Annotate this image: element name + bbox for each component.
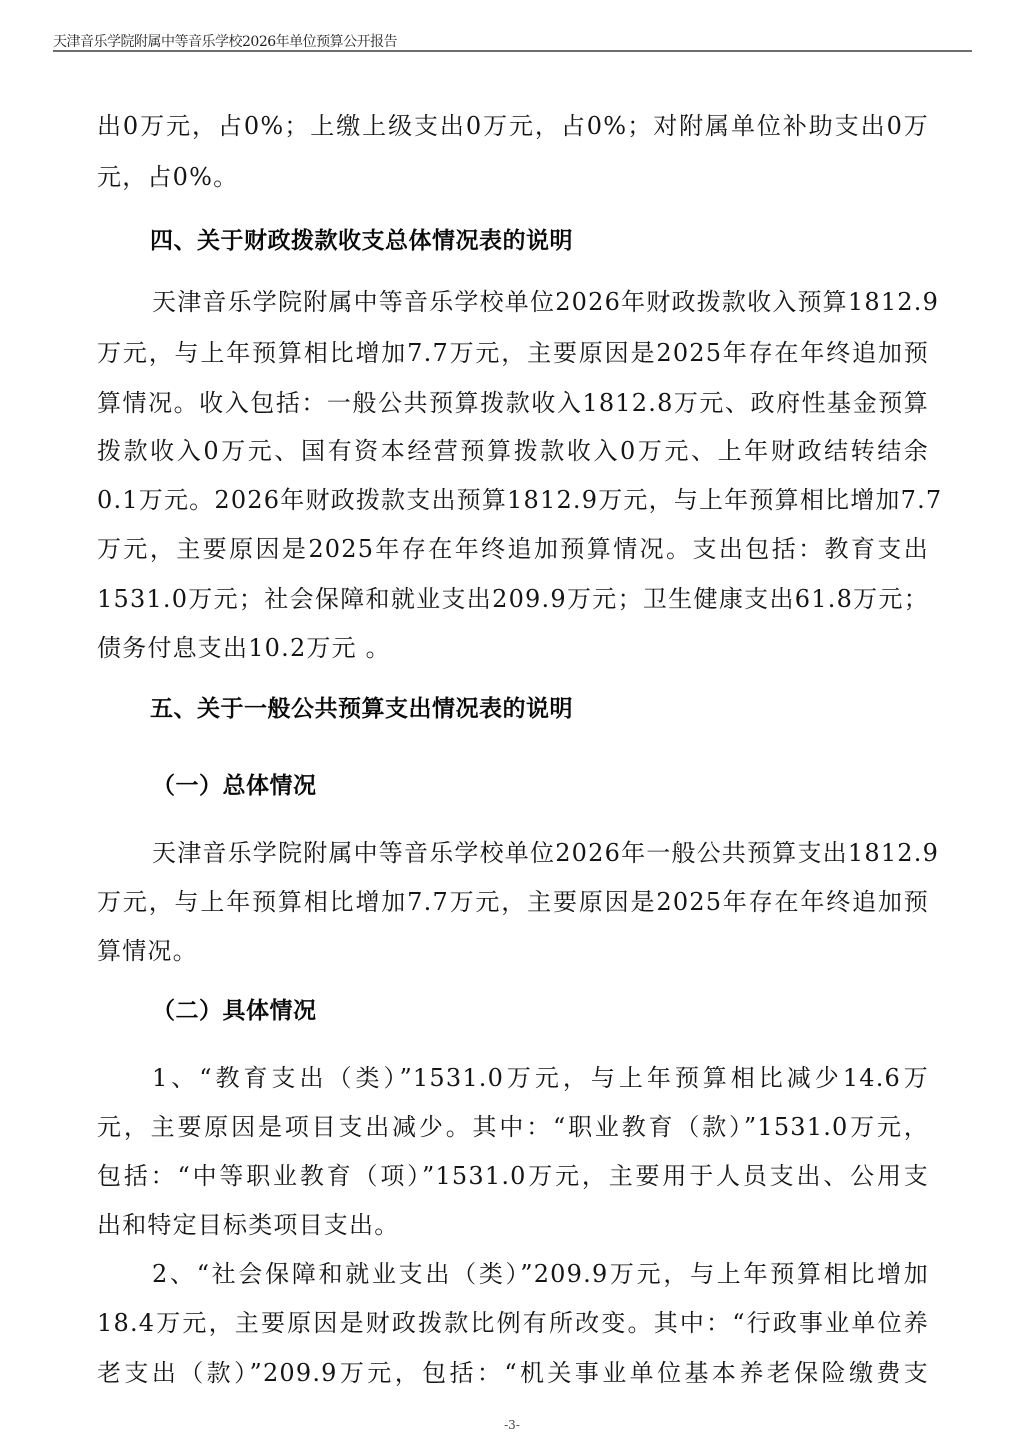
body-line: 万元，与上年预算相比增加7.7万元，主要原因是2025年存在年终追加预 bbox=[97, 887, 929, 917]
running-header: 天津音乐学院附属中等音乐学校2026年单位预算公开报告 bbox=[53, 31, 397, 51]
body-line: 算情况。收入包括：一般公共预算拨款收入1812.8万元、政府性基金预算 bbox=[97, 388, 929, 418]
body-line: 元，占0%。 bbox=[97, 162, 929, 192]
body-line: 1531.0万元；社会保障和就业支出209.9万元；卫生健康支出61.8万元； bbox=[97, 584, 929, 614]
section-heading: 四、关于财政拨款收支总体情况表的说明 bbox=[150, 226, 573, 256]
body-line: 拨款收入0万元、国有资本经营预算拨款收入0万元、上年财政结转结余 bbox=[97, 436, 929, 466]
body-line: 债务付息支出10.2万元 。 bbox=[97, 633, 929, 663]
body-line: 算情况。 bbox=[97, 936, 929, 966]
body-line: 出0万元，占0%；上缴上级支出0万元，占0%；对附属单位补助支出0万 bbox=[97, 111, 929, 141]
body-line: 天津音乐学院附属中等音乐学校单位2026年财政拨款收入预算1812.9 bbox=[97, 287, 929, 317]
body-line: 元，主要原因是项目支出减少。其中：“职业教育（款）”1531.0万元， bbox=[97, 1112, 929, 1142]
subsection-heading: （二）具体情况 bbox=[152, 996, 317, 1026]
header-rule bbox=[53, 50, 972, 52]
subsection-heading: （一）总体情况 bbox=[152, 771, 317, 801]
page-number: -3- bbox=[0, 1418, 1024, 1432]
body-line: 包括：“中等职业教育（项）”1531.0万元，主要用于人员支出、公用支 bbox=[97, 1161, 929, 1191]
body-line: 2、“社会保障和就业支出（类）”209.9万元，与上年预算相比增加 bbox=[97, 1259, 929, 1289]
body-line: 0.1万元。2026年财政拨款支出预算1812.9万元，与上年预算相比增加7.7 bbox=[97, 485, 929, 515]
section-heading: 五、关于一般公共预算支出情况表的说明 bbox=[150, 694, 573, 724]
body-line: 天津音乐学院附属中等音乐学校单位2026年一般公共预算支出1812.9 bbox=[97, 838, 929, 868]
body-line: 出和特定目标类项目支出。 bbox=[97, 1210, 929, 1240]
body-line: 18.4万元，主要原因是财政拨款比例有所改变。其中：“行政事业单位养 bbox=[97, 1308, 929, 1338]
body-line: 万元，与上年预算相比增加7.7万元，主要原因是2025年存在年终追加预 bbox=[97, 338, 929, 368]
body-line: 1、“教育支出（类）”1531.0万元，与上年预算相比减少14.6万 bbox=[97, 1063, 929, 1093]
body-line: 老支出（款）”209.9万元，包括：“机关事业单位基本养老保险缴费支 bbox=[97, 1358, 929, 1388]
body-line: 万元，主要原因是2025年存在年终追加预算情况。支出包括：教育支出 bbox=[97, 534, 929, 564]
